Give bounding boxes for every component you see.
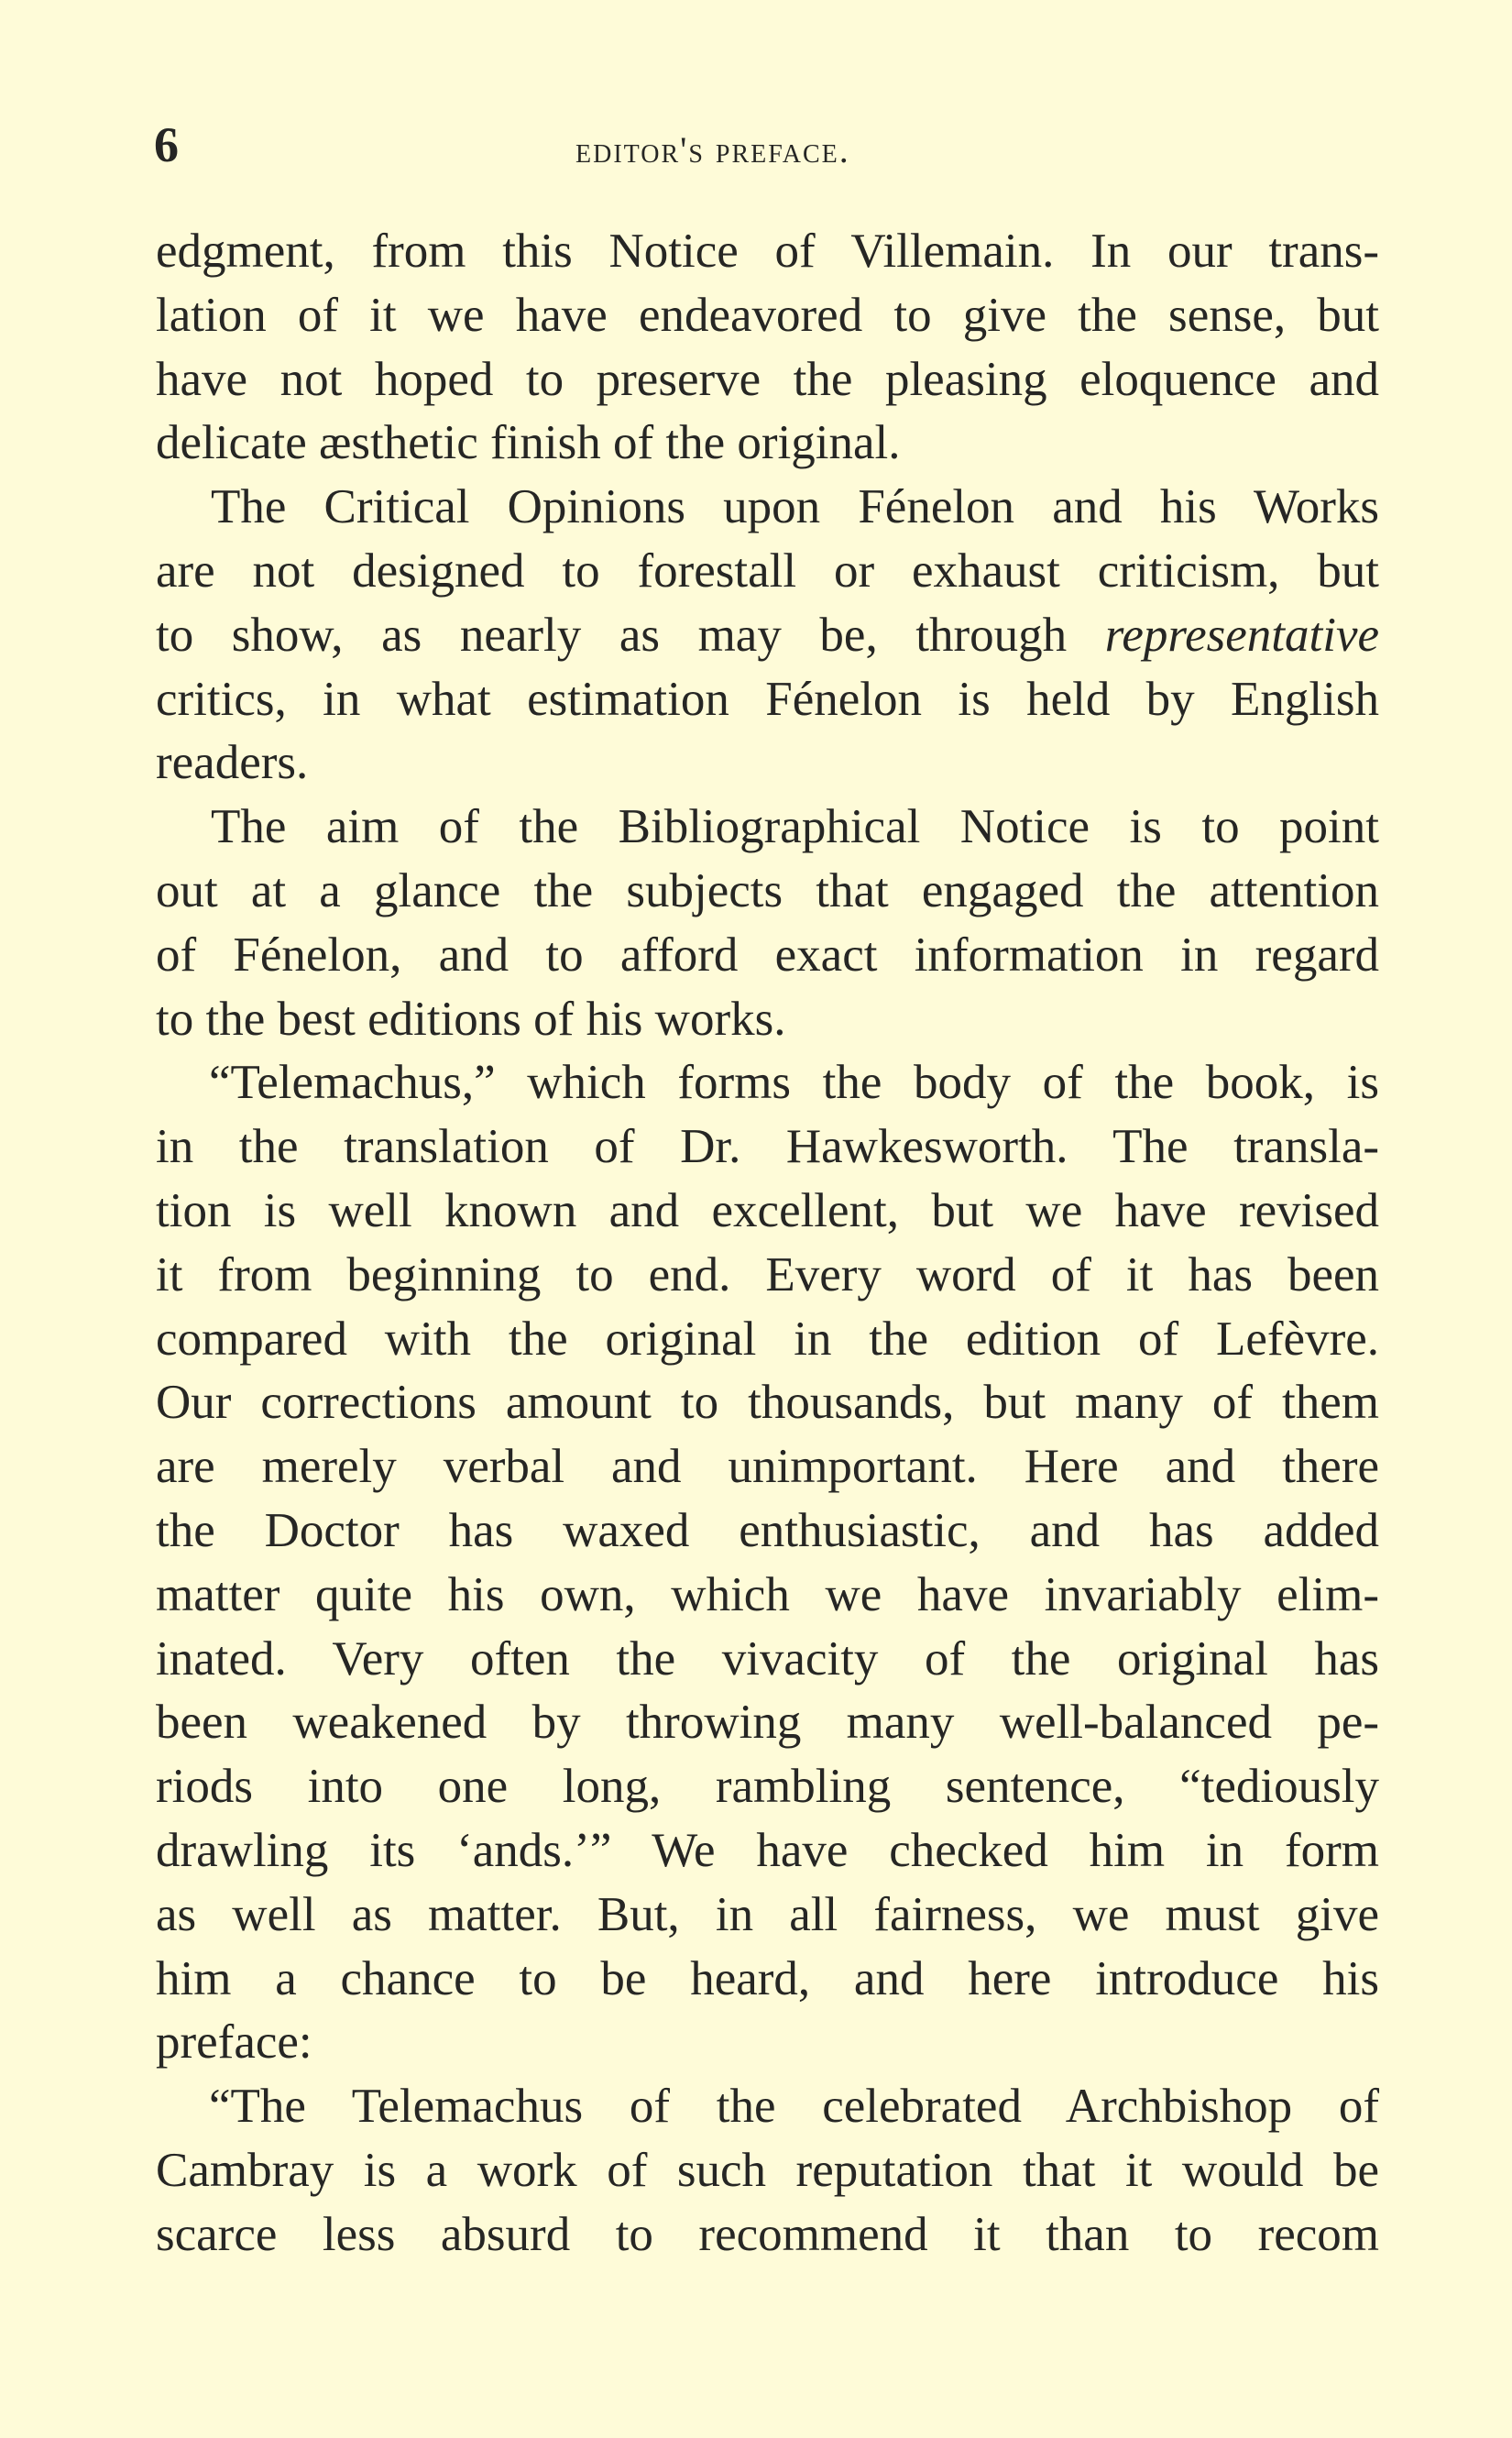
text-line: readers. bbox=[156, 731, 1379, 796]
text-line: preface: bbox=[156, 2011, 1379, 2075]
text-line: to the best editions of his works. bbox=[156, 988, 1379, 1052]
text-line: delicate æsthetic finish of the original… bbox=[156, 412, 1379, 476]
text-line: in the translation of Dr. Hawkesworth. T… bbox=[156, 1115, 1379, 1180]
text-line: “The Telemachus of the celebrated Archbi… bbox=[156, 2075, 1379, 2139]
text-line: compared with the original in the editio… bbox=[156, 1308, 1379, 1372]
text-line: Cambray is a work of such reputation tha… bbox=[156, 2139, 1379, 2203]
paragraph-5: “The Telemachus of the celebrated Archbi… bbox=[156, 2075, 1379, 2267]
text-line: as well as matter. But, in all fairness,… bbox=[156, 1883, 1379, 1948]
text-line: it from beginning to end. Every word of … bbox=[156, 1244, 1379, 1308]
text-line: drawling its ‘ands.’” We have checked hi… bbox=[156, 1819, 1379, 1883]
text-line-with-italic: to show, as nearly as may be, through re… bbox=[156, 604, 1379, 668]
text-line: “Telemachus,” which forms the body of th… bbox=[156, 1051, 1379, 1115]
text-line: out at a glance the subjects that engage… bbox=[156, 860, 1379, 924]
paragraph-1: edgment, from this Notice of Villemain. … bbox=[156, 220, 1379, 476]
text-line: edgment, from this Notice of Villemain. … bbox=[156, 220, 1379, 284]
paragraph-2: The Critical Opinions upon Fénelon and h… bbox=[156, 476, 1379, 796]
text-line: riods into one long, rambling sentence, … bbox=[156, 1755, 1379, 1819]
page-number: 6 bbox=[154, 117, 179, 172]
italic-word: representative bbox=[1105, 609, 1379, 662]
text-line: are merely verbal and unimportant. Here … bbox=[156, 1435, 1379, 1499]
body-text: edgment, from this Notice of Villemain. … bbox=[156, 220, 1379, 2268]
text-line: Our corrections amount to thousands, but… bbox=[156, 1371, 1379, 1435]
text-line: The aim of the Bibliographical Notice is… bbox=[156, 796, 1379, 860]
paragraph-3: The aim of the Bibliographical Notice is… bbox=[156, 796, 1379, 1051]
text-line: matter quite his own, which we have inva… bbox=[156, 1564, 1379, 1628]
text-line: him a chance to be heard, and here intro… bbox=[156, 1948, 1379, 2012]
text-line: scarce less absurd to recommend it than … bbox=[156, 2203, 1379, 2268]
paragraph-4: “Telemachus,” which forms the body of th… bbox=[156, 1051, 1379, 2075]
text-line: The Critical Opinions upon Fénelon and h… bbox=[156, 476, 1379, 540]
text-segment: to show, as nearly as may be, through bbox=[156, 609, 1067, 662]
text-line: tion is well known and excellent, but we… bbox=[156, 1180, 1379, 1244]
text-line: inated. Very often the vivacity of the o… bbox=[156, 1628, 1379, 1692]
text-line: are not designed to forestall or exhaust… bbox=[156, 540, 1379, 604]
text-line: the Doctor has waxed enthusiastic, and h… bbox=[156, 1499, 1379, 1564]
text-line: have not hoped to preserve the pleasing … bbox=[156, 348, 1379, 412]
running-head: EDITOR'S PREFACE. bbox=[575, 130, 960, 170]
text-line: been weakened by throwing many well-bala… bbox=[156, 1691, 1379, 1755]
text-line: lation of it we have endeavored to give … bbox=[156, 284, 1379, 348]
text-line: of Fénelon, and to afford exact informat… bbox=[156, 924, 1379, 988]
text-line: critics, in what estimation Fénelon is h… bbox=[156, 668, 1379, 732]
